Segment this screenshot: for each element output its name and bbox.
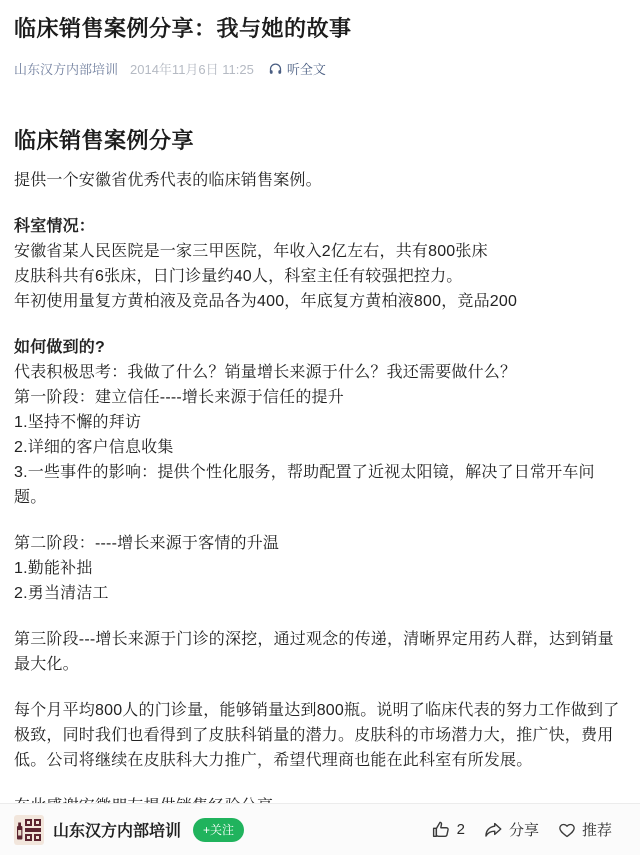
bottom-bar-actions: 2 分享 推荐	[431, 819, 612, 840]
section-lead-department: 科室情况：	[14, 214, 626, 239]
share-label: 分享	[509, 819, 539, 840]
listen-button[interactable]: 听全文	[268, 59, 326, 78]
page-title: 临床销售案例分享：我与她的故事	[14, 14, 626, 44]
bottom-bar: 山东汉方内部培训 +关注 2 分享 推荐	[0, 803, 640, 855]
like-count: 2	[457, 821, 465, 838]
author-avatar[interactable]	[14, 815, 44, 845]
paragraph-summary: 每个月平均800人的门诊量，能够销量达到800瓶。说明了临床代表的努力工作做到了…	[14, 698, 626, 773]
like-button[interactable]: 2	[431, 819, 465, 840]
publish-date: 2014年11月6日 11:25	[130, 59, 254, 78]
footer-author-name[interactable]: 山东汉方内部培训	[53, 818, 181, 841]
follow-button[interactable]: +关注	[193, 818, 244, 842]
paragraph-department: 安徽省某人民医院是一家三甲医院，年收入2亿左右，共有800张床 皮肤科共有6张床…	[14, 239, 626, 314]
avatar-logo-image	[14, 815, 44, 845]
section-lead-how: 如何做到的?	[14, 335, 626, 360]
paragraph-how-stage1: 代表积极思考：我做了什么？销量增长来源于什么？我还需要做什么？ 第一阶段：建立信…	[14, 360, 626, 510]
article-heading: 临床销售案例分享	[14, 126, 626, 156]
heart-icon	[557, 820, 577, 840]
share-button[interactable]: 分享	[483, 819, 539, 840]
thumbs-up-icon	[431, 819, 452, 840]
byline: 山东汉方内部培训 2014年11月6日 11:25 听全文	[14, 59, 626, 78]
paragraph-stage2: 第二阶段：----增长来源于客情的升温 1.勤能补拙 2.勇当清洁工	[14, 531, 626, 606]
bottom-bar-author: 山东汉方内部培训 +关注	[14, 815, 244, 845]
article-content: 临床销售案例分享 提供一个安徽省优秀代表的临床销售案例。 科室情况： 安徽省某人…	[14, 126, 626, 819]
share-arrow-icon	[483, 819, 504, 840]
listen-label: 听全文	[287, 59, 326, 78]
headphone-icon	[268, 61, 283, 76]
article-page: 临床销售案例分享：我与她的故事 山东汉方内部培训 2014年11月6日 11:2…	[0, 0, 640, 855]
author-link[interactable]: 山东汉方内部培训	[14, 59, 118, 78]
paragraph-intro: 提供一个安徽省优秀代表的临床销售案例。	[14, 168, 626, 193]
article-body: 临床销售案例分享：我与她的故事 山东汉方内部培训 2014年11月6日 11:2…	[0, 0, 640, 819]
recommend-button[interactable]: 推荐	[557, 819, 612, 840]
recommend-label: 推荐	[582, 819, 612, 840]
paragraph-stage3: 第三阶段---增长来源于门诊的深挖，通过观念的传递，清晰界定用药人群，达到销量最…	[14, 627, 626, 677]
